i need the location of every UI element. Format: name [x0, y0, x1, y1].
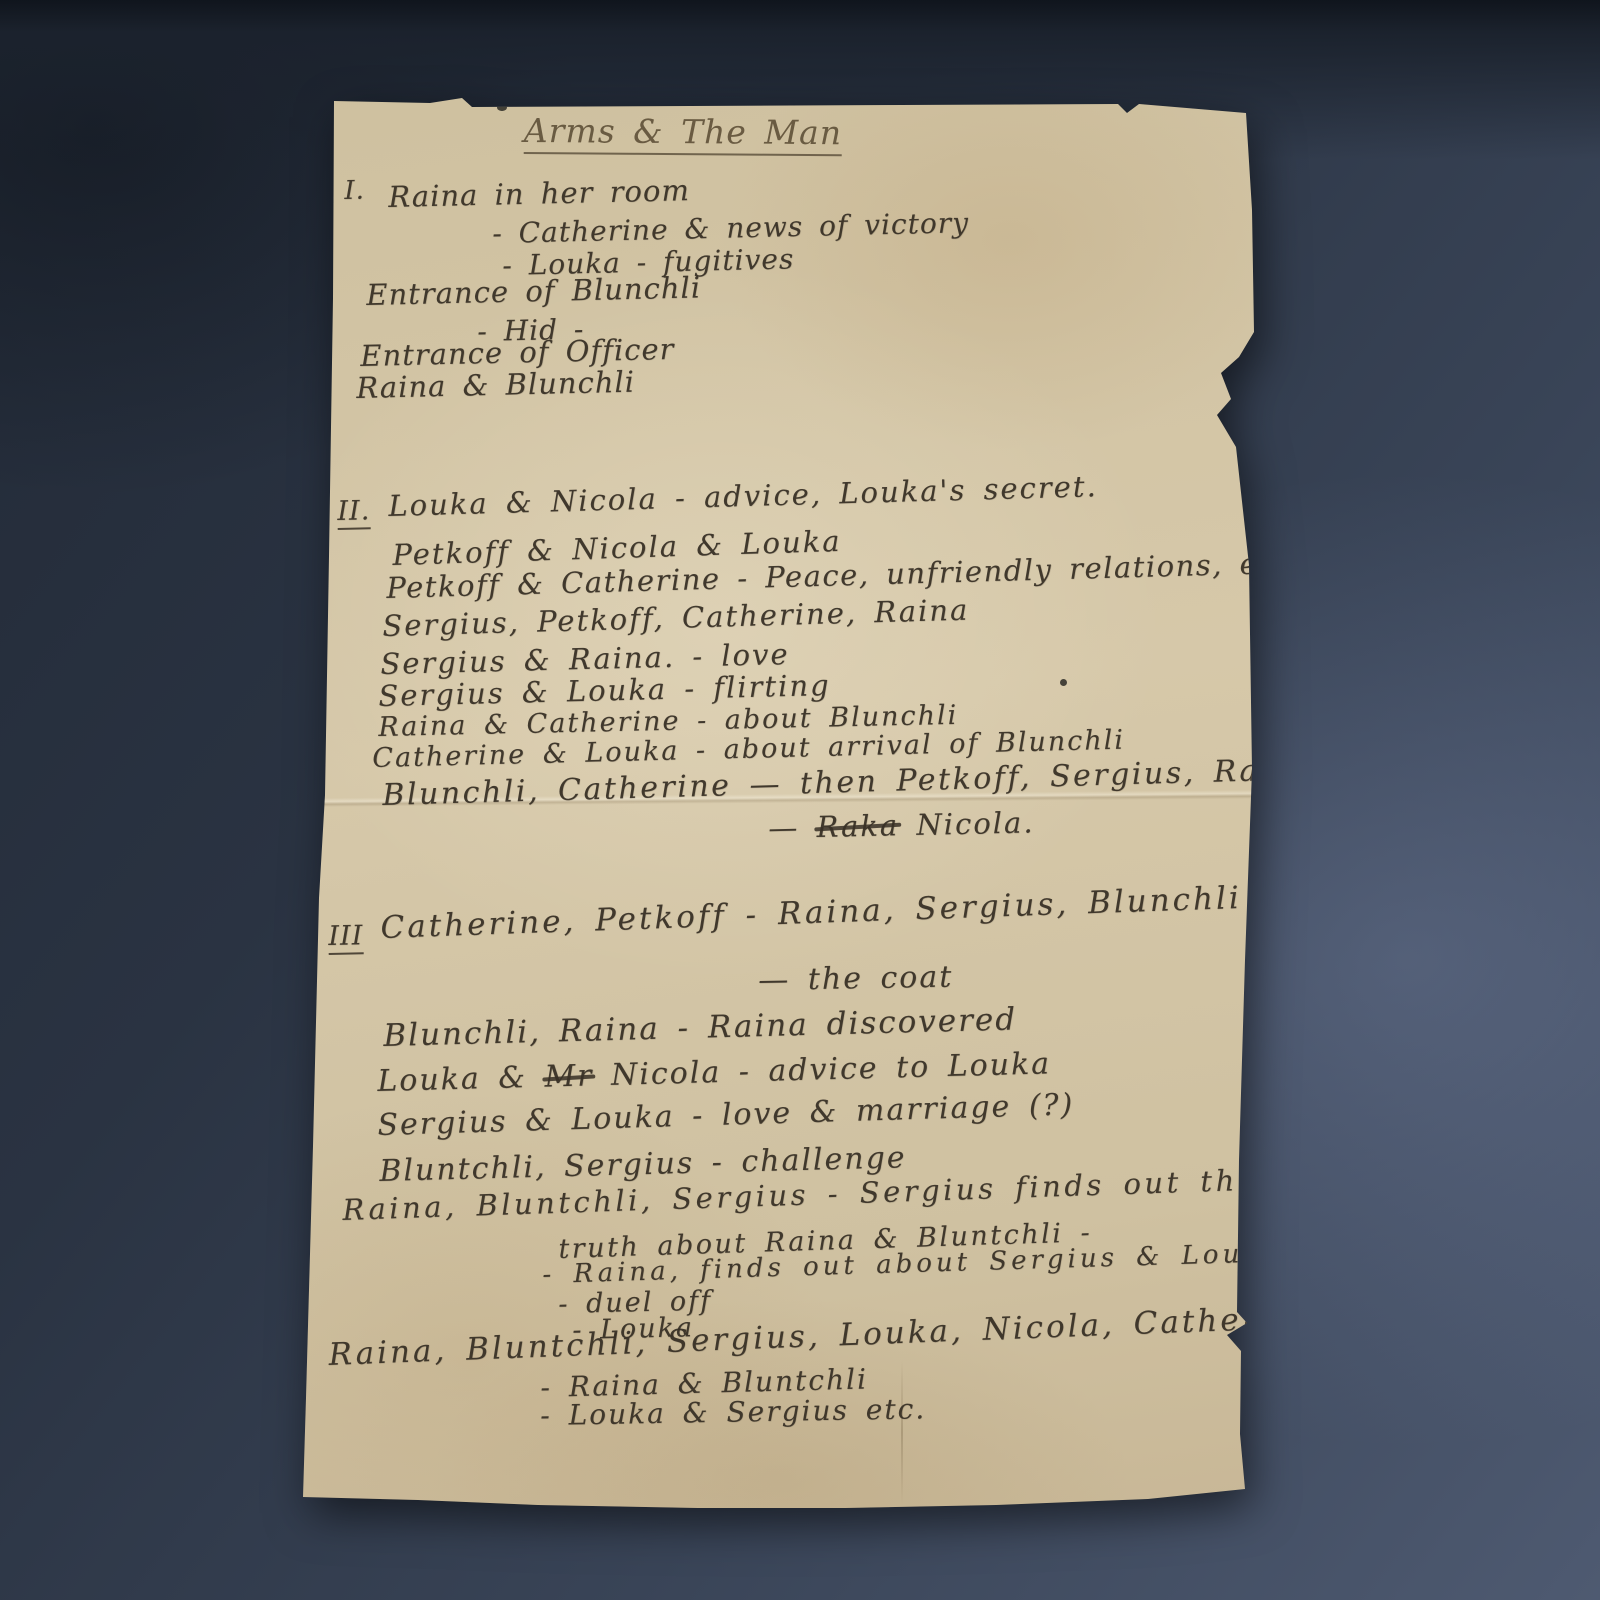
note-line-text: — — [768, 810, 817, 845]
note-line-text: Louka & — [377, 1060, 545, 1099]
page-title-text: Arms & The Man — [524, 114, 842, 156]
struck-word: Raka — [816, 811, 899, 842]
page-title: Arms & The Man — [524, 114, 842, 156]
note-line: - Louka & Sergius etc. — [540, 1395, 926, 1430]
note-line: Raina & Blunchli — [356, 368, 635, 403]
note-line: — Raka Nicola. — [768, 808, 1035, 843]
note-line: Sergius & Louka - love & marriage (?) — [377, 1090, 1075, 1141]
note-line: Raina, Bluntchli, Sergius, Louka, Nicola… — [328, 1302, 1317, 1371]
note-line: Louka & Mr Nicola - advice to Louka — [377, 1049, 1051, 1097]
act-3-numeral: III — [328, 922, 364, 955]
struck-word: Mr — [544, 1061, 594, 1092]
pinhole-speck — [1060, 679, 1067, 686]
note-line: Entrance of Blunchli — [366, 273, 701, 310]
handwritten-note-paper: Arms & The Man I. Raina in her room - Ca… — [0, 0, 1600, 1600]
note-line: Catherine, Petkoff - Raina, Sergius, Blu… — [380, 883, 1242, 944]
note-line: Louka & Nicola - advice, Louka's secret. — [388, 472, 1098, 521]
note-line-text: Nicola. — [899, 805, 1035, 842]
act-2-numeral-text: II. — [337, 497, 371, 530]
paper-speck — [497, 103, 507, 111]
note-line: Raina in her room — [388, 176, 690, 212]
act-3-numeral-text: III — [328, 922, 364, 955]
note-line: Blunchli, Raina - Raina discovered — [383, 1004, 1017, 1052]
note-line: - Catherine & news of victory — [492, 209, 969, 248]
act-2-numeral: II. — [337, 497, 371, 530]
note-line: — the coat — [758, 963, 954, 996]
paper-shadow-wrap: Arms & The Man I. Raina in her room - Ca… — [0, 0, 1600, 1600]
note-line-text: Nicola - advice to Louka — [593, 1046, 1051, 1093]
act-1-numeral: I. — [344, 178, 365, 204]
vertical-crease — [901, 1360, 903, 1505]
